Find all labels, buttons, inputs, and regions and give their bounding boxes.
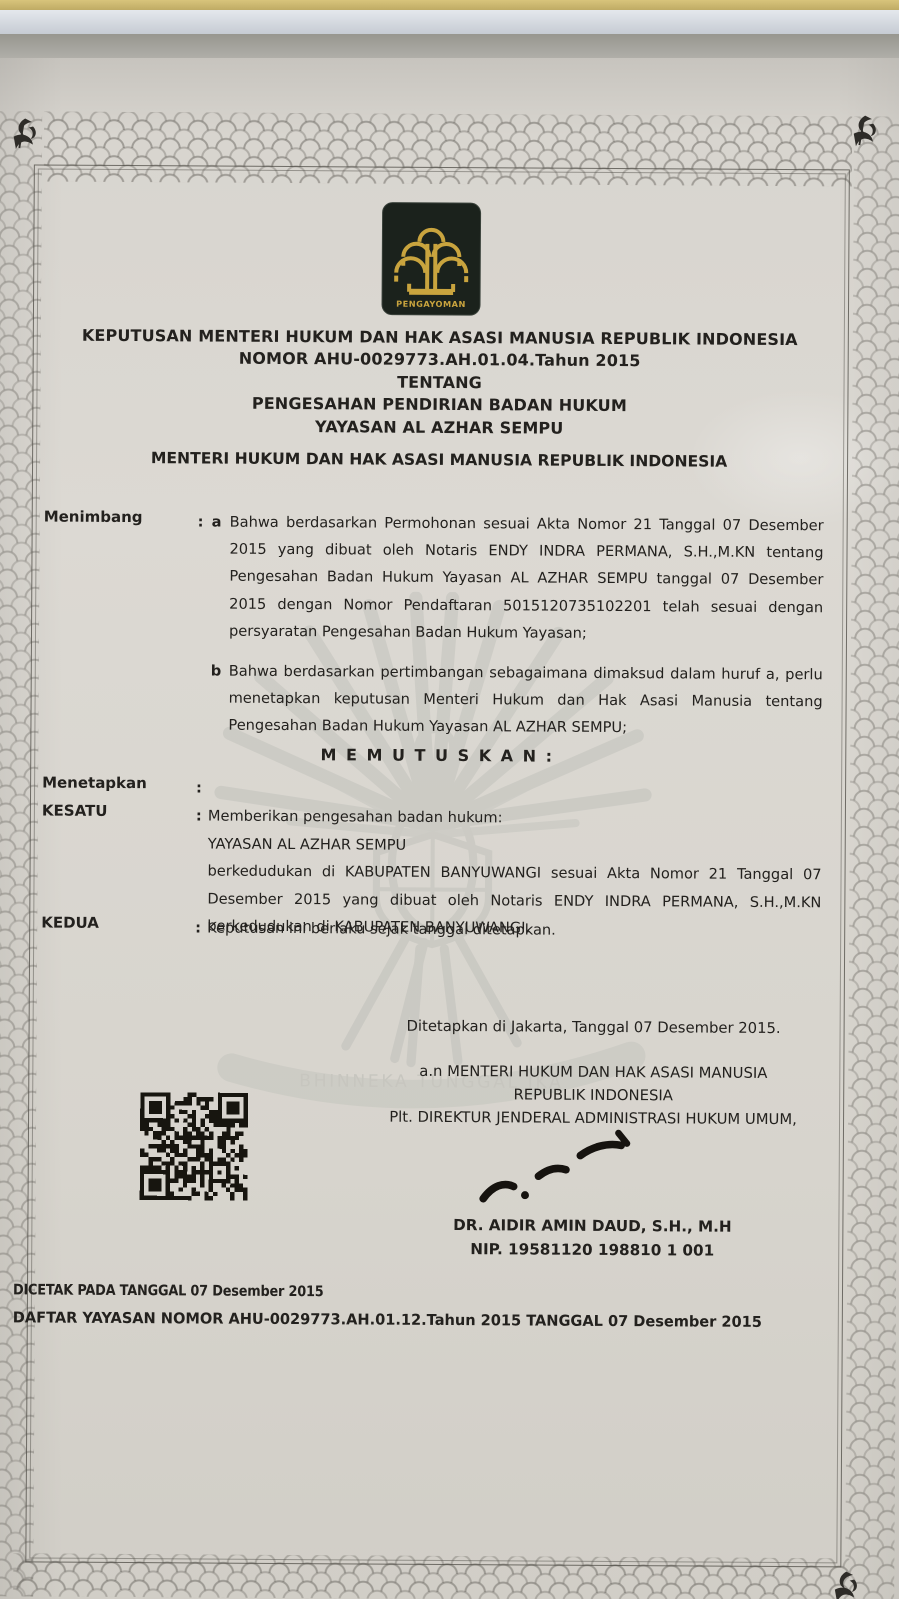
document-content: BHINNEKA TUNGGAL IKA PENGAYOMAN KEPUTUSA… [0,0,899,1599]
photo-background: BHINNEKA TUNGGAL IKA PENGAYOMAN KEPUTUSA… [0,0,899,1599]
item-text: Bahwa berdasarkan pertimbangan sebagaima… [228,663,822,737]
item-marker: a [212,509,222,536]
emblem-caption: PENGAYOMAN [396,299,466,309]
place-date-line: Ditetapkan di Jakarta, Tanggal 07 Desemb… [329,1017,859,1037]
item-marker: b [211,658,222,685]
signer-title-line: Plt. DIREKTUR JENDERAL ADMINISTRASI HUKU… [328,1108,858,1128]
colon-separator: : [198,508,204,535]
consideration-item: : a Bahwa berdasarkan Permohonan sesuai … [197,508,824,648]
menetapkan-label: Menetapkan [42,774,147,793]
consideration-item: b Bahwa berdasarkan pertimbangan sebagai… [196,657,822,742]
signer-nip: NIP. 19581120 198810 1 001 [327,1239,857,1260]
decree-title: KEPUTUSAN MENTERI HUKUM DAN HAK ASASI MA… [32,324,847,441]
item-text: Bahwa berdasarkan Permohonan sesuai Akta… [229,514,824,642]
signer-name: DR. AIDIR AMIN DAUD, S.H., M.H [327,1215,857,1236]
decision-line: : Memberikan pengesahan badan hukum: [196,802,822,833]
kedua-decision: : Keputusan ini berlaku sejak tanggal di… [195,914,821,945]
country-line: REPUBLIK INDONESIA [328,1085,858,1105]
decision-line: : Keputusan ini berlaku sejak tanggal di… [195,914,821,945]
kedua-label: KEDUA [41,914,99,932]
colon-separator: : [195,914,201,942]
consideration-list: : a Bahwa berdasarkan Permohonan sesuai … [196,508,823,742]
colon-separator: : [196,774,202,802]
decision-line: YAYASAN AL AZHAR SEMPU [196,830,822,861]
pengayoman-emblem: PENGAYOMAN [381,202,482,317]
lace-border-right [845,116,899,1599]
printed-date-line: DICETAK PADA TANGGAL 07 Desember 2015 [13,1281,324,1300]
colon-separator: : [196,802,202,830]
corner-ornament-icon [850,114,880,148]
on-behalf-line: a.n MENTERI HUKUM DAN HAK ASASI MANUSIA [328,1062,858,1082]
corner-ornament-icon [831,1570,861,1599]
qr-code [138,1090,251,1203]
kesatu-label: KESATU [42,802,108,820]
menimbang-label: Menimbang [44,508,143,527]
signature-scribble [475,1126,666,1215]
corner-ornament-icon [10,117,40,151]
